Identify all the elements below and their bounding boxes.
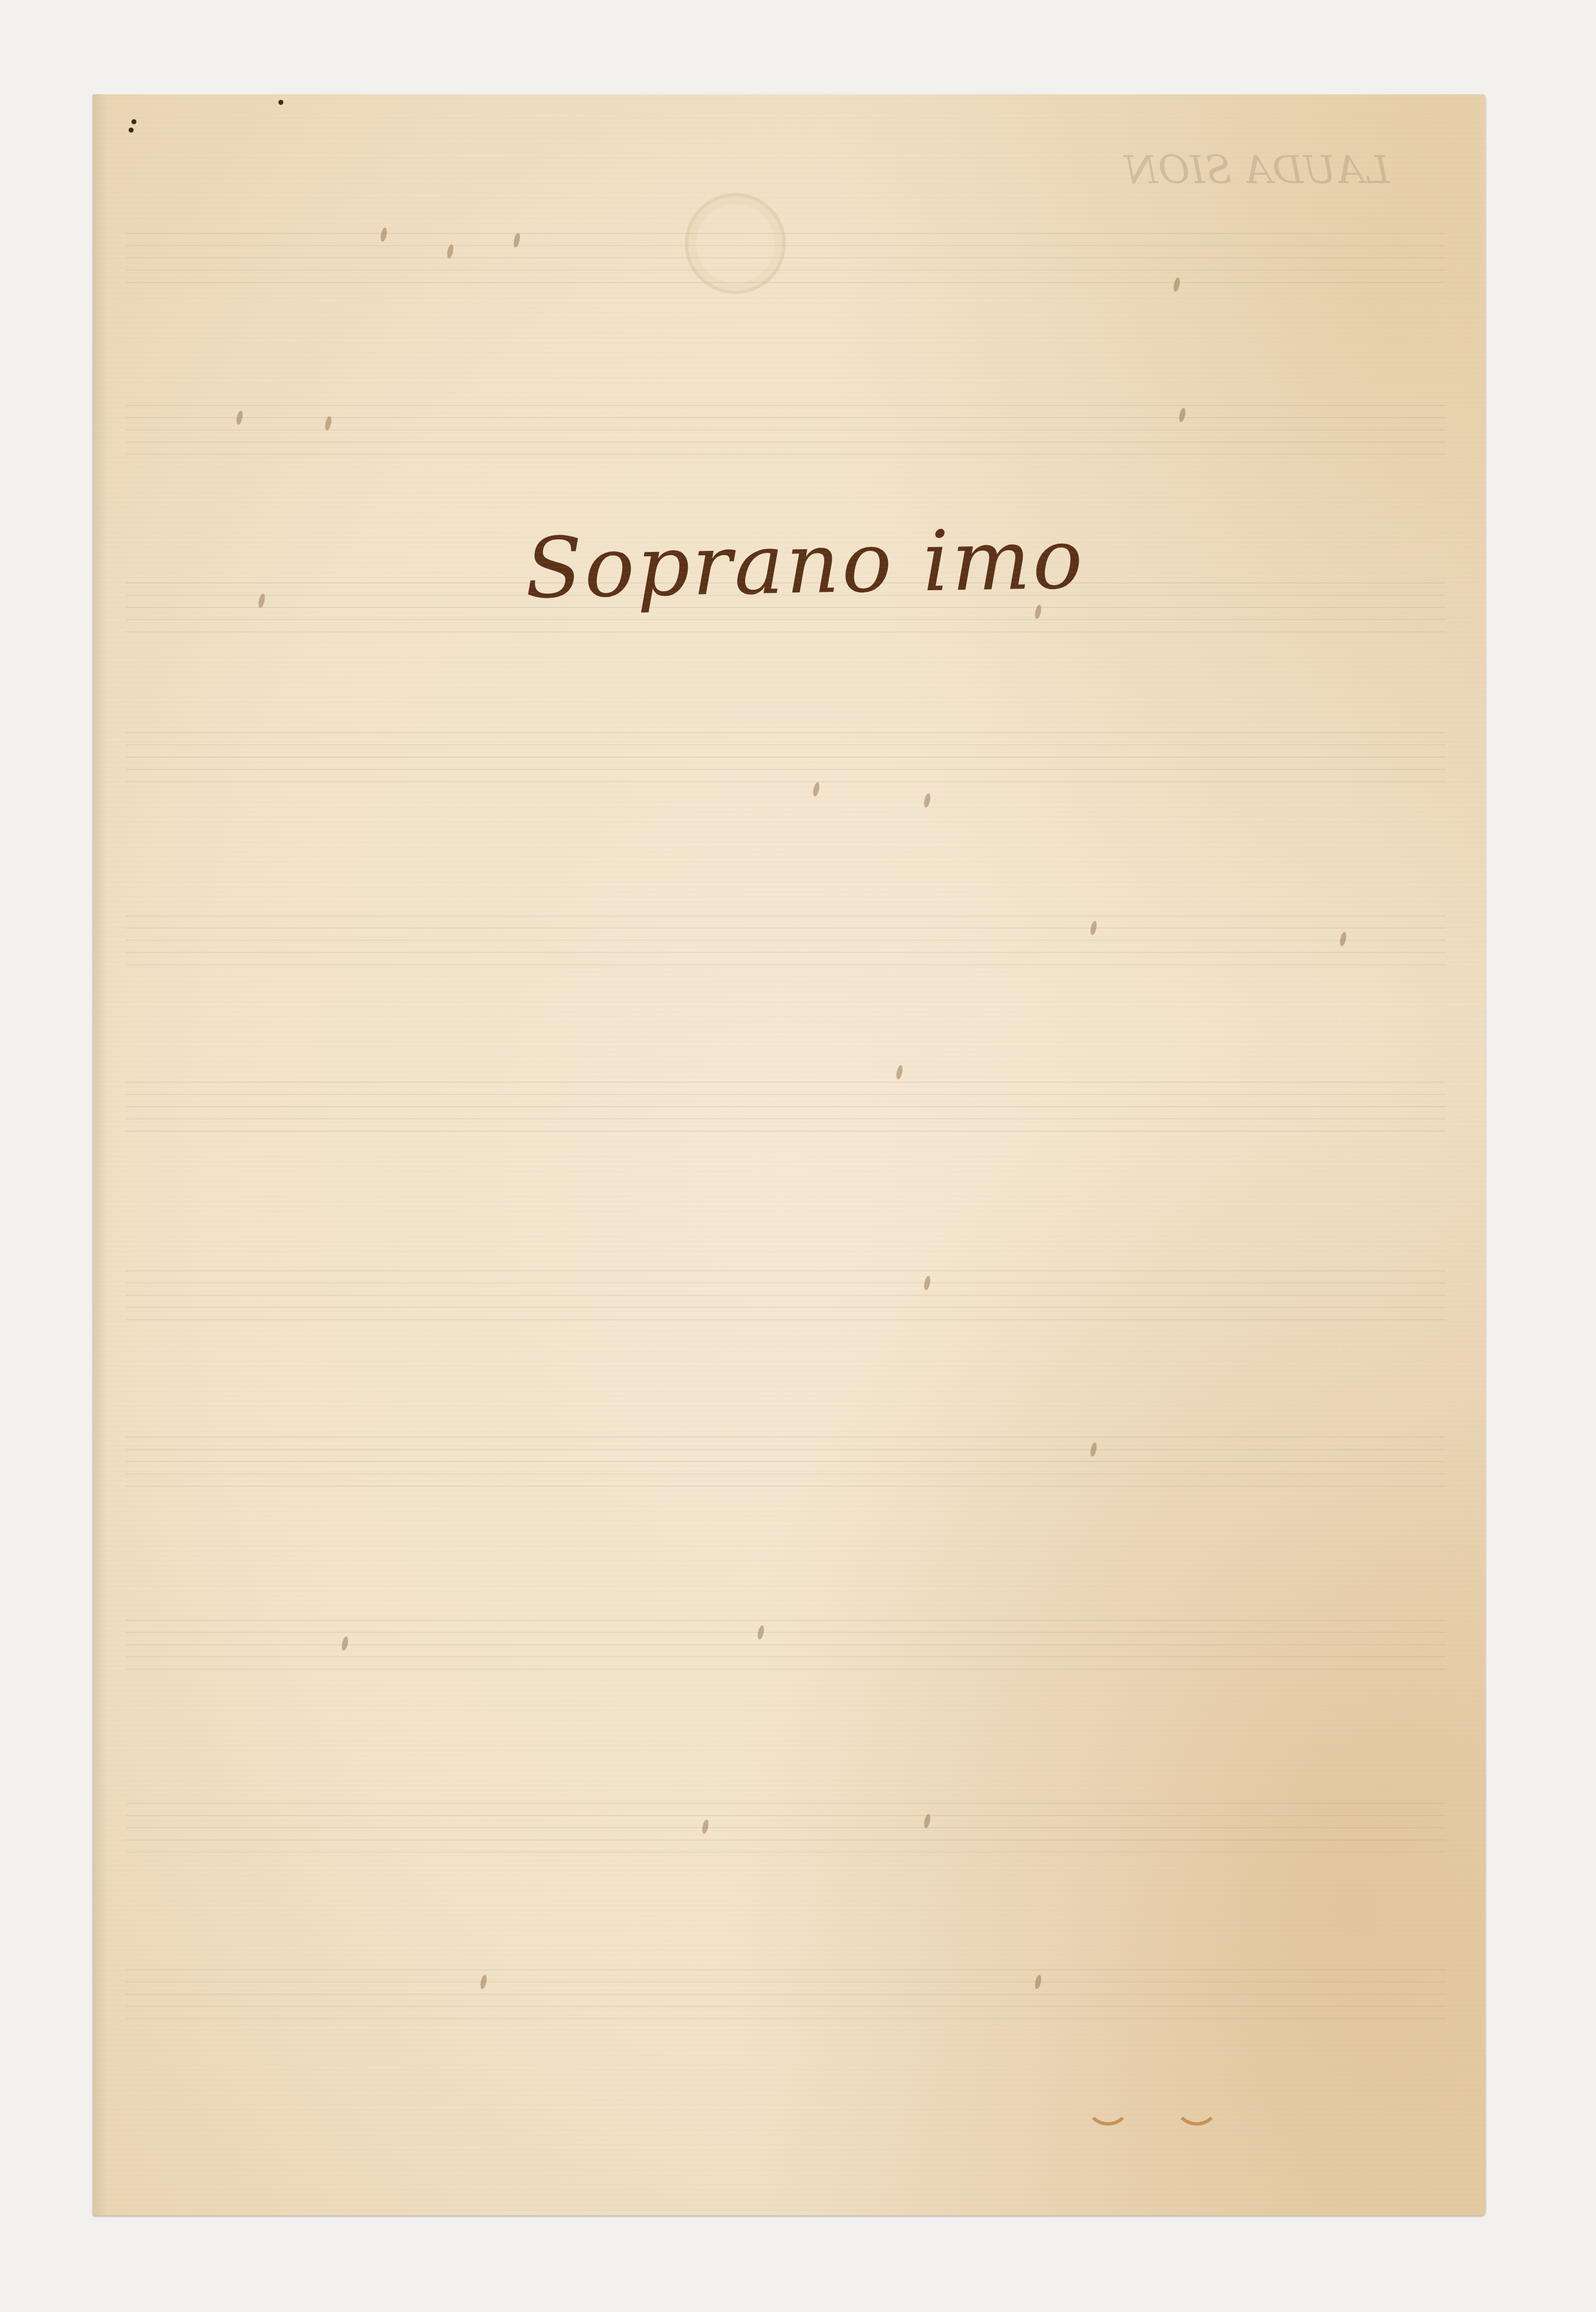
bleed-through-heading: LAUDA SION [1124,147,1390,192]
ghost-staff [126,1082,1446,1132]
ring-stain [1085,2080,1131,2126]
worm-hole [131,119,136,124]
ghost-staff [126,405,1446,455]
ghost-staff [126,1437,1446,1487]
manuscript-page: LAUDA SION [93,94,1486,2215]
ghost-note [895,1064,903,1080]
worm-hole [278,100,283,105]
ghost-note [923,793,931,808]
ghost-staff [126,1969,1446,2019]
ghost-staff [126,1620,1446,1670]
ghost-staff [126,1270,1446,1320]
ghost-note [812,782,820,797]
ghost-staff [126,915,1446,965]
ghost-staff [126,732,1446,782]
ring-stain [1174,2080,1219,2126]
page-title: Soprano imo [525,511,1086,617]
worm-hole [129,128,134,133]
ghost-staff [126,1803,1446,1853]
ghost-staff [126,233,1446,283]
